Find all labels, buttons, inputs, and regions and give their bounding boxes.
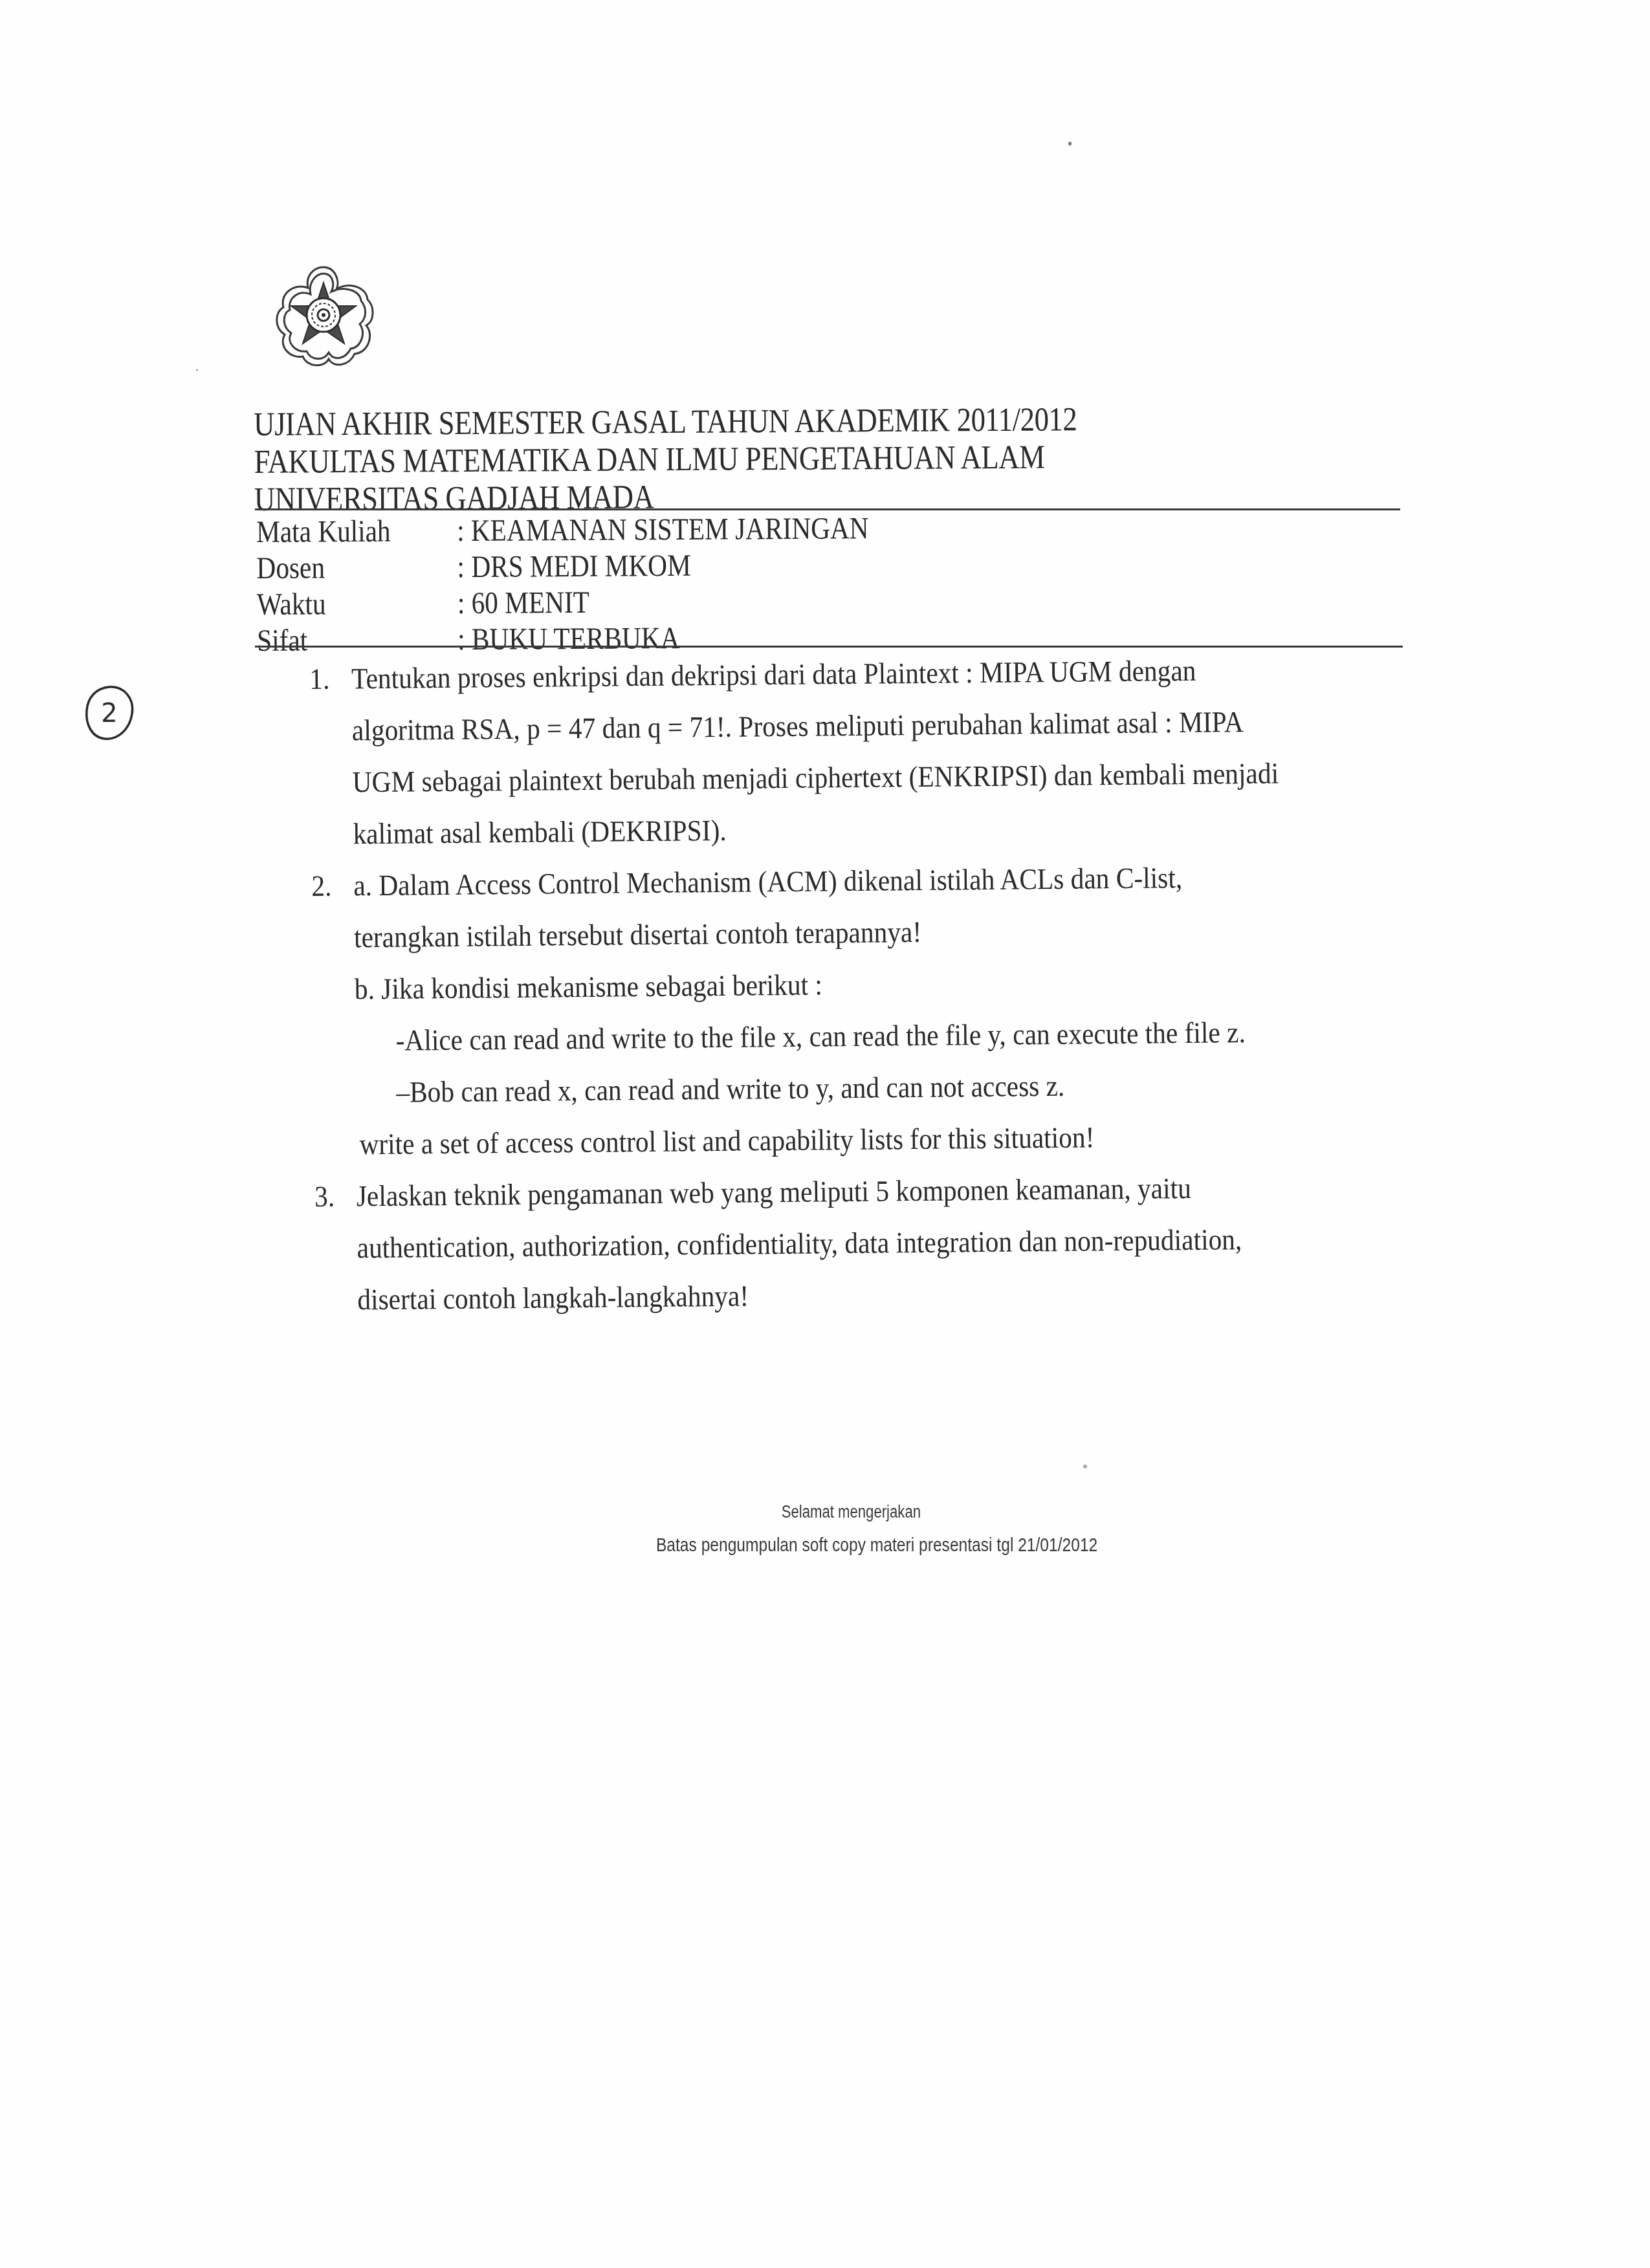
question-2a-line: terangkan istilah tersebut disertai cont… [312, 902, 1361, 964]
condition-alice: -Alice can read and write to the file x,… [313, 1005, 1361, 1067]
question-1-line: kalimat asal kembali (DEKRIPSI). [311, 798, 1359, 860]
sub-question-label: b. [354, 963, 381, 1015]
exam-page: UJIAN AKHIR SEMESTER GASAL TAHUN AKADEMI… [0, 0, 1650, 2268]
question-number: 1. [309, 653, 352, 705]
condition-bob: –Bob can read x, can read and write to y… [313, 1057, 1362, 1119]
scan-speck [196, 369, 198, 371]
meta-value: : 60 MENIT [457, 585, 589, 622]
meta-label: Mata Kuliah [256, 513, 429, 551]
question-3-line: authentication, authorization, confident… [314, 1212, 1363, 1274]
question-1-line: algoritma RSA, p = 47 dan q = 71!. Prose… [310, 695, 1359, 757]
exam-header: UJIAN AKHIR SEMESTER GASAL TAHUN AKADEMI… [254, 399, 1400, 519]
scan-speck [1068, 142, 1072, 146]
course-info: Mata Kuliah : KEAMANAN SISTEM JARINGAN D… [256, 507, 1396, 659]
question-number: 3. [314, 1170, 357, 1223]
question-2b-instruction: write a set of access control list and c… [314, 1109, 1363, 1171]
question-2a-line: 2.a. Dalam Access Control Mechanism (ACM… [311, 850, 1360, 912]
university-emblem-icon [264, 262, 384, 372]
questions: 1.Tentukan proses enkripsi dan dekripsi … [309, 642, 1480, 1326]
question-3-line: 3.Jelaskan teknik pengamanan web yang me… [314, 1161, 1363, 1223]
meta-label: Waktu [257, 585, 430, 623]
faculty-name: FAKULTAS MATEMATIKA DAN ILMU PENGETAHUAN… [254, 438, 1239, 481]
question-2b-intro: b.Jika kondisi mekanisme sebagai berikut… [313, 954, 1361, 1016]
question-1-line: 1.Tentukan proses enkripsi dan dekripsi … [309, 643, 1358, 705]
meta-value: : DRS MEDI MKOM [457, 548, 691, 585]
svg-text:2: 2 [101, 699, 117, 728]
handwritten-circled-number: 2 [83, 684, 136, 741]
meta-value: : KEAMANAN SISTEM JARINGAN [457, 510, 869, 549]
closing-greeting: Selamat mengerjakan [0, 1502, 1650, 1522]
question-1-line: UGM sebagai plaintext berubah menjadi ci… [311, 747, 1359, 809]
question-number: 2. [311, 860, 354, 912]
question-3-line: disertai contoh langkah-langkahnya! [315, 1264, 1364, 1326]
submission-deadline: Batas pengumpulan soft copy materi prese… [0, 1534, 1650, 1556]
scan-speck [1083, 1465, 1087, 1468]
exam-title: UJIAN AKHIR SEMESTER GASAL TAHUN AKADEMI… [254, 400, 1239, 444]
meta-label: Dosen [256, 549, 429, 587]
